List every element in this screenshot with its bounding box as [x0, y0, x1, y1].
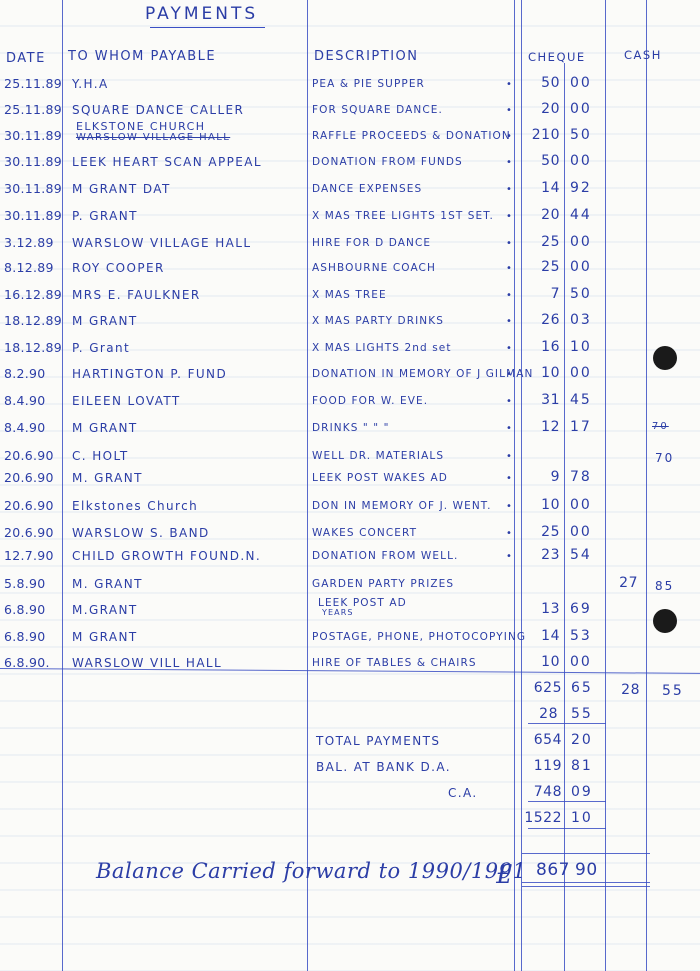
- row-date: 30.11.89: [4, 156, 62, 169]
- row-cheque-pounds: 25: [524, 525, 560, 539]
- tick-mark: •: [506, 528, 512, 539]
- row-date: 8.12.89: [4, 262, 54, 275]
- bank-ca-pence: 09: [571, 785, 593, 799]
- cash-subtotal-pounds: 28: [610, 683, 640, 697]
- row-payee: M.GRANT: [72, 604, 138, 616]
- row-description: X MAS TREE: [312, 290, 387, 301]
- header-payee: TO WHOM PAYABLE: [68, 50, 216, 63]
- punch-hole-bottom: [653, 609, 677, 633]
- row-description: X MAS LIGHTS 2nd set: [312, 343, 452, 354]
- total-payments-pounds: 654: [524, 733, 562, 747]
- bank-ca-label: C.A.: [448, 787, 478, 799]
- rule-description-cheque-1: [514, 0, 515, 971]
- row-date: 25.11.89: [4, 78, 62, 91]
- row-cheque-pounds: 10: [524, 366, 560, 380]
- row-description: PEA & PIE SUPPER: [312, 79, 425, 90]
- subtotal-rule: [528, 723, 606, 724]
- row-description: DANCE EXPENSES: [312, 184, 422, 195]
- row-description: LEEK POST WAKES AD: [312, 473, 448, 484]
- row-payee: WARSLOW VILL HALL: [72, 657, 222, 669]
- rule-date-payee: [62, 0, 63, 971]
- row-date: 18.12.89: [4, 315, 62, 328]
- bank-da-pounds: 119: [524, 759, 562, 773]
- row-cheque-pounds: 210: [524, 128, 560, 142]
- row-payee: P. Grant: [72, 342, 130, 354]
- row-cash-pence: 85: [655, 580, 674, 592]
- title-underline: [150, 27, 265, 28]
- row-description: DON IN MEMORY OF J. WENT.: [312, 501, 492, 512]
- row-cheque-pence: 00: [570, 235, 592, 249]
- row-description: POSTAGE, PHONE, PHOTOCOPYING: [312, 632, 526, 643]
- row-cheque-pence: 00: [570, 498, 592, 512]
- tick-mark: •: [506, 263, 512, 274]
- row-payee: M. GRANT: [72, 472, 143, 484]
- row-cheque-pounds: 50: [524, 76, 560, 90]
- grand-total-pence: 10: [571, 811, 593, 825]
- row-cheque-pence: 00: [570, 525, 592, 539]
- row-payee: ROY COOPER: [72, 262, 165, 274]
- row-date: 8.2.90: [4, 368, 46, 381]
- row-cheque-pounds: 14: [524, 629, 560, 643]
- row-description: WELL DR. MATERIALS: [312, 451, 444, 462]
- row-cheque-pence: 54: [570, 548, 592, 562]
- row-cheque-pounds: 25: [524, 235, 560, 249]
- row-date: 16.12.89: [4, 289, 62, 302]
- row-description: RAFFLE PROCEEDS & DONATION: [312, 131, 511, 142]
- tick-mark: •: [506, 157, 512, 168]
- row-date: 12.7.90: [4, 550, 54, 563]
- row-cash-pence-struck: 70: [652, 422, 669, 432]
- row-payee-struck: WARSLOW VILLAGE HALL: [76, 133, 230, 143]
- row-date: 3.12.89: [4, 237, 54, 250]
- row-date: 25.11.89: [4, 104, 62, 117]
- row-cheque-pounds: 50: [524, 154, 560, 168]
- balance-pounds: 867: [536, 862, 570, 879]
- balance-bottom-rule-2: [522, 886, 650, 887]
- row-cheque-pence: 45: [570, 393, 592, 407]
- row-payee: MRS E. FAULKNER: [72, 289, 201, 301]
- tick-mark: •: [506, 290, 512, 301]
- row-payee: LEEK HEART SCAN APPEAL: [72, 156, 262, 168]
- punch-hole-top: [653, 346, 677, 370]
- row-payee: HARTINGTON P. FUND: [72, 368, 227, 380]
- row-payee: M. GRANT: [72, 578, 143, 590]
- row-cheque-pence: 00: [570, 366, 592, 380]
- row-description: DONATION IN MEMORY OF J GILMAN: [312, 369, 533, 380]
- rule-cash-pence: [646, 0, 647, 971]
- row-cheque-pounds: 20: [524, 102, 560, 116]
- rule-cheque-cash: [605, 0, 606, 971]
- row-cheque-pence: 03: [570, 313, 592, 327]
- row-payee: M GRANT: [72, 315, 138, 327]
- rule-payee-description: [307, 0, 308, 971]
- row-cheque-pounds: 9: [524, 470, 560, 484]
- row-cheque-pounds: 13: [524, 602, 560, 616]
- row-description: DONATION FROM FUNDS: [312, 157, 463, 168]
- row-cheque-pence: 00: [570, 102, 592, 116]
- tick-mark: •: [506, 396, 512, 407]
- row-description: HIRE FOR D DANCE: [312, 238, 431, 249]
- row-payee: WARSLOW VILLAGE HALL: [72, 237, 251, 249]
- currency-symbol: £: [496, 862, 513, 888]
- row-description: FOR SQUARE DANCE.: [312, 105, 443, 116]
- tick-mark: •: [506, 423, 512, 434]
- cheque-subtotal-pence: 65: [571, 681, 593, 695]
- row-payee: M GRANT: [72, 631, 138, 643]
- row-date: 20.6.90: [4, 527, 54, 540]
- bank-da-pence: 81: [571, 759, 593, 773]
- cash-subtotal-pence: 55: [662, 684, 684, 698]
- row-date: 5.8.90: [4, 578, 46, 591]
- cash-carried-pence: 55: [571, 707, 593, 721]
- tick-mark: •: [506, 473, 512, 484]
- row-description: GARDEN PARTY PRIZES: [312, 579, 454, 590]
- row-cheque-pounds: 25: [524, 260, 560, 274]
- row-cheque-pounds: 26: [524, 313, 560, 327]
- row-cheque-pence: 50: [570, 128, 592, 142]
- grand-total-rule: [528, 828, 606, 829]
- tick-mark: •: [506, 79, 512, 90]
- row-payee: ELKSTONE CHURCH: [76, 121, 205, 132]
- tick-mark: •: [506, 451, 512, 462]
- row-cash-pounds: 27: [610, 576, 638, 590]
- row-date: 30.11.89: [4, 130, 62, 143]
- row-payee: Elkstones Church: [72, 500, 198, 512]
- row-description-note: YEARS: [322, 609, 354, 617]
- balance-bottom-rule-1: [522, 882, 650, 883]
- row-description: DRINKS " " ": [312, 423, 390, 434]
- row-payee: P. GRANT: [72, 210, 138, 222]
- row-cheque-pounds: 31: [524, 393, 560, 407]
- row-date: 8.4.90: [4, 422, 46, 435]
- row-cheque-pence: 00: [570, 260, 592, 274]
- page-title: PAYMENTS: [145, 6, 258, 23]
- row-cheque-pounds: 20: [524, 208, 560, 222]
- row-cheque-pence: 00: [570, 76, 592, 90]
- header-cheque: CHEQUE: [528, 52, 586, 64]
- tick-mark: •: [506, 211, 512, 222]
- row-description: WAKES CONCERT: [312, 528, 417, 539]
- tick-mark: •: [506, 551, 512, 562]
- row-payee: M GRANT DAT: [72, 183, 171, 195]
- row-cheque-pounds: 7: [524, 287, 560, 301]
- row-payee: C. HOLT: [72, 450, 129, 462]
- row-payee: M GRANT: [72, 422, 138, 434]
- row-cheque-pence: 50: [570, 287, 592, 301]
- row-description: FOOD FOR W. EVE.: [312, 396, 428, 407]
- tick-mark: •: [506, 501, 512, 512]
- row-date: 20.6.90: [4, 450, 54, 463]
- row-date: 20.6.90: [4, 472, 54, 485]
- row-cheque-pounds: 23: [524, 548, 560, 562]
- row-cheque-pounds: 10: [524, 655, 560, 669]
- tick-mark: •: [506, 105, 512, 116]
- rule-cheque-pence: [564, 63, 565, 971]
- header-cash: CASH: [624, 50, 662, 62]
- row-description: LEEK POST AD: [318, 598, 407, 609]
- row-cheque-pounds: 14: [524, 181, 560, 195]
- row-cheque-pence: 92: [570, 181, 592, 195]
- cash-carried-pounds: 28: [524, 707, 558, 721]
- grand-total-pounds: 1522: [524, 811, 562, 825]
- row-description: X MAS PARTY DRINKS: [312, 316, 444, 327]
- row-cheque-pence: 17: [570, 420, 592, 434]
- row-payee: CHILD GROWTH FOUND.N.: [72, 550, 261, 562]
- bank-da-label: BAL. AT BANK D.A.: [316, 761, 451, 773]
- row-cheque-pence: 44: [570, 208, 592, 222]
- row-cheque-pence: 00: [570, 154, 592, 168]
- row-cheque-pence: 53: [570, 629, 592, 643]
- total-payments-label: TOTAL PAYMENTS: [316, 735, 440, 747]
- row-cash-pence: 70: [655, 452, 674, 464]
- rule-description-cheque-2: [521, 0, 522, 971]
- balance-pence: 90: [575, 862, 598, 879]
- bank-rule: [528, 801, 606, 802]
- tick-mark: •: [506, 184, 512, 195]
- ledger-page: PAYMENTS DATE TO WHOM PAYABLE DESCRIPTIO…: [0, 0, 700, 971]
- row-cheque-pence: 10: [570, 340, 592, 354]
- row-cheque-pence: 78: [570, 470, 592, 484]
- tick-mark: •: [506, 369, 512, 380]
- tick-mark: •: [506, 343, 512, 354]
- header-date: DATE: [6, 52, 46, 65]
- bank-ca-pounds: 748: [524, 785, 562, 799]
- balance-label: Balance Carried forward to 1990/1991: [96, 861, 526, 882]
- tick-mark: •: [506, 238, 512, 249]
- row-cheque-pounds: 12: [524, 420, 560, 434]
- header-description: DESCRIPTION: [314, 50, 419, 63]
- balance-top-rule: [522, 853, 650, 854]
- row-payee: EILEEN LOVATT: [72, 395, 181, 407]
- row-payee: WARSLOW S. BAND: [72, 527, 210, 539]
- tick-mark: •: [506, 316, 512, 327]
- row-date: 6.8.90: [4, 631, 46, 644]
- cheque-subtotal-pounds: 625: [524, 681, 562, 695]
- row-description: DONATION FROM WELL.: [312, 551, 459, 562]
- row-date: 6.8.90: [4, 604, 46, 617]
- row-date: 8.4.90: [4, 395, 46, 408]
- row-description: HIRE OF TABLES & CHAIRS: [312, 658, 477, 669]
- row-description: ASHBOURNE COACH: [312, 263, 436, 274]
- total-payments-pence: 20: [571, 733, 593, 747]
- row-cheque-pence: 00: [570, 655, 592, 669]
- row-date: 30.11.89: [4, 210, 62, 223]
- row-date: 18.12.89: [4, 342, 62, 355]
- row-payee: SQUARE DANCE CALLER: [72, 104, 244, 116]
- row-description: X MAS TREE LIGHTS 1ST SET.: [312, 211, 494, 222]
- tick-mark: •: [506, 131, 512, 142]
- row-date: 20.6.90: [4, 500, 54, 513]
- row-cheque-pounds: 10: [524, 498, 560, 512]
- row-cheque-pounds: 16: [524, 340, 560, 354]
- row-date: 30.11.89: [4, 183, 62, 196]
- row-cheque-pence: 69: [570, 602, 592, 616]
- row-payee: Y.H.A: [72, 78, 109, 90]
